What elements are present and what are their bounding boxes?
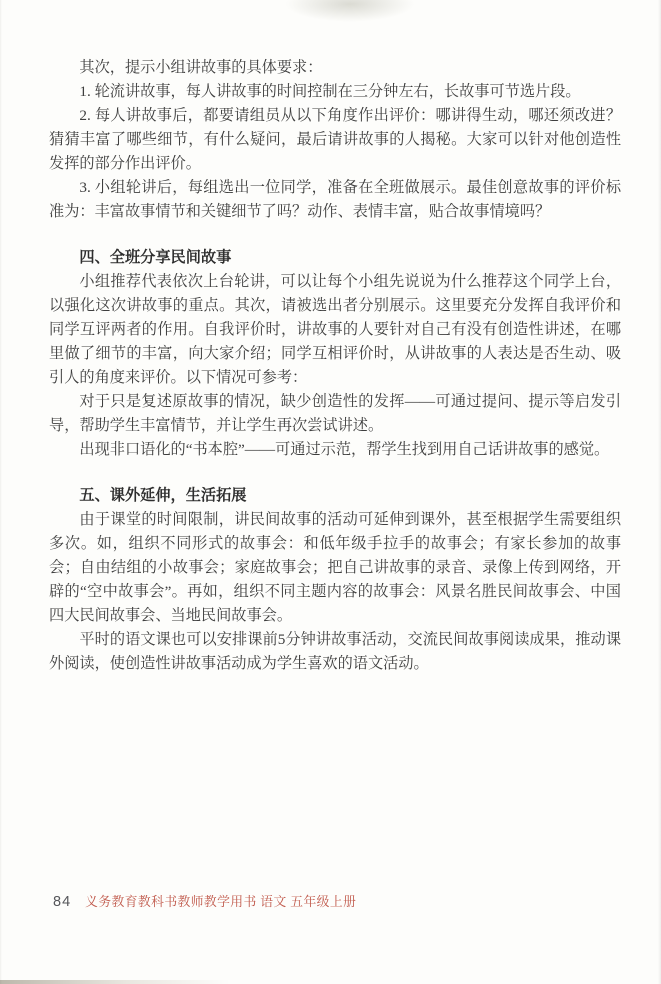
scanned-book-page: 其次，提示小组讲故事的具体要求：1. 轮流讲故事，每人讲故事的时间控制在三分钟左… — [0, 0, 661, 984]
page-footer: 84 义务教育教科书教师教学用书 语文 五年级上册 — [53, 891, 356, 910]
body-paragraph: 2. 每人讲故事后，都要请组员从以下角度作出评价：哪讲得生动，哪还须改进？猜猜丰… — [49, 104, 621, 176]
body-paragraph: 1. 轮流讲故事，每人讲故事的时间控制在三分钟左右，长故事可节选片段。 — [49, 80, 621, 104]
page-left-edge — [0, 0, 2, 984]
page-body-text: 其次，提示小组讲故事的具体要求：1. 轮流讲故事，每人讲故事的时间控制在三分钟左… — [49, 56, 621, 676]
section-heading: 四、全班分享民间故事 — [49, 246, 621, 270]
book-title: 义务教育教科书教师教学用书 语文 五年级上册 — [85, 891, 356, 910]
page-number: 84 — [53, 894, 71, 910]
scan-shadow-artifact — [285, 0, 415, 22]
body-paragraph: 3. 小组轮讲后，每组选出一位同学，准备在全班做展示。最佳创意故事的评价标准为：… — [49, 176, 621, 224]
body-paragraph: 平时的语文课也可以安排课前5分钟讲故事活动，交流民间故事阅读成果，推动课外阅读，… — [49, 628, 621, 676]
page-bottom-edge-shadow — [0, 980, 230, 984]
body-paragraph: 出现非口语化的“书本腔”——可通过示范，帮学生找到用自己话讲故事的感觉。 — [49, 438, 621, 462]
body-paragraph: 由于课堂的时间限制，讲民间故事的活动可延伸到课外，甚至根据学生需要组织多次。如，… — [49, 508, 621, 628]
body-paragraph: 小组推荐代表依次上台轮讲，可以让每个小组先说说为什么推荐这个同学上台，以强化这次… — [49, 270, 621, 390]
section-heading: 五、课外延伸，生活拓展 — [49, 484, 621, 508]
body-paragraph: 对于只是复述原故事的情况，缺少创造性的发挥——可通过提问、提示等启发引导，帮助学… — [49, 390, 621, 438]
body-paragraph: 其次，提示小组讲故事的具体要求： — [49, 56, 621, 80]
